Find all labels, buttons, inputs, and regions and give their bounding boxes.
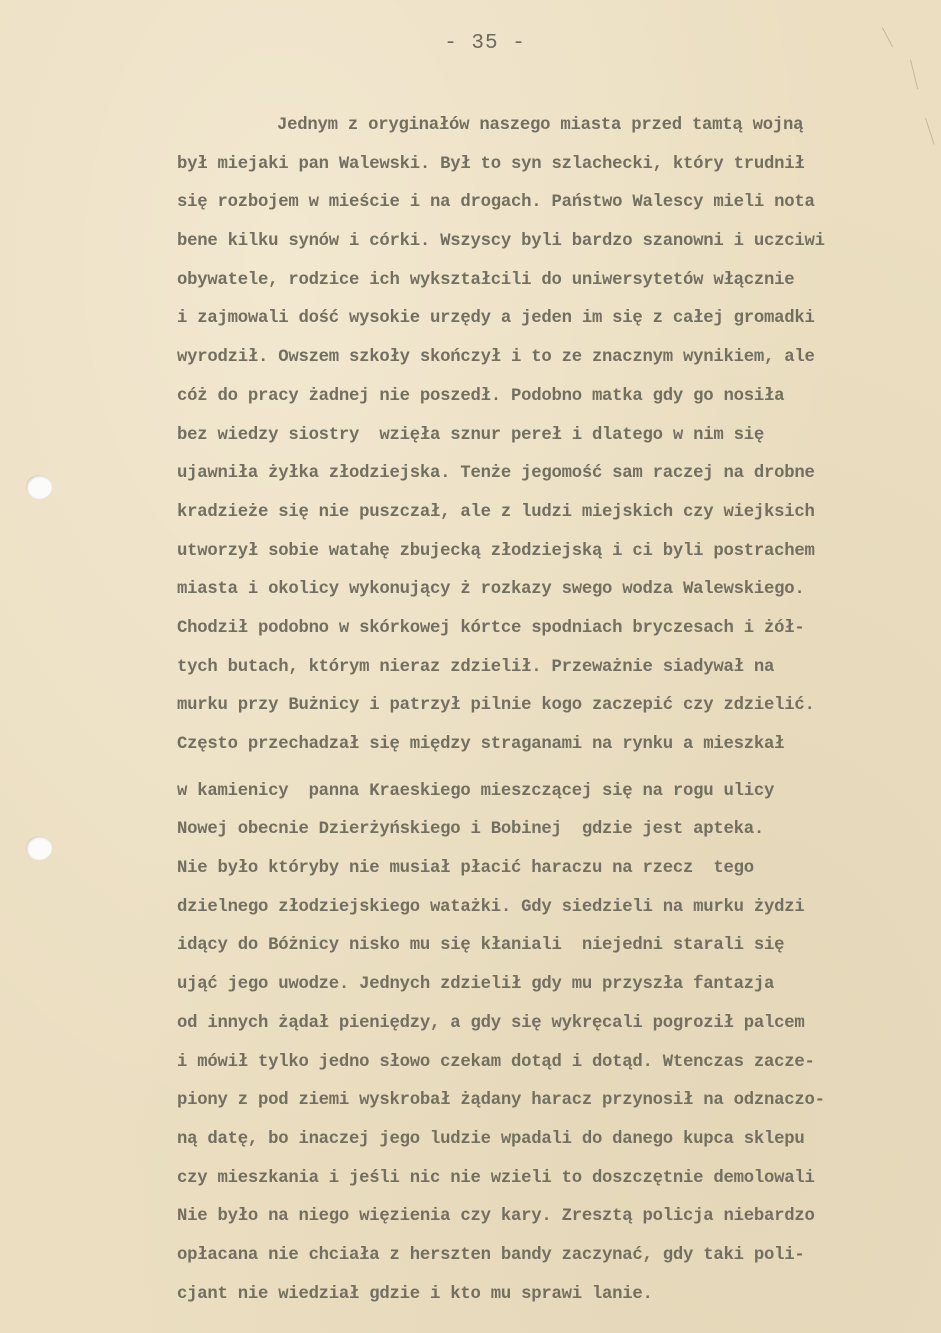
text-line: ną datę, bo inaczej jego ludzie wpadali … bbox=[177, 1121, 937, 1160]
text-line: od innych żądał pieniędzy, a gdy się wyk… bbox=[177, 1005, 937, 1044]
text-line: obywatele, rodzice ich wykształcili do u… bbox=[177, 262, 937, 301]
text-line: Często przechadzał się między straganami… bbox=[177, 726, 937, 765]
punch-hole bbox=[26, 836, 52, 860]
text-line: Chodził podobno w skórkowej kórtce spodn… bbox=[177, 610, 937, 649]
text-line: tych butach, którym nieraz zdzielił. Prz… bbox=[177, 649, 937, 688]
text-line: Nie było któryby nie musiał płacić harac… bbox=[177, 850, 937, 889]
paper-scratch-mark bbox=[910, 60, 918, 89]
text-line: i zajmowali dość wysokie urzędy a jeden … bbox=[177, 300, 937, 339]
text-line: miasta i okolicy wykonujący ż rozkazy sw… bbox=[177, 571, 937, 610]
text-line: był miejaki pan Walewski. Był to syn szl… bbox=[177, 146, 937, 185]
text-line: ująć jego uwodze. Jednych zdzielił gdy m… bbox=[177, 966, 937, 1005]
text-line: murku przy Bużnicy i patrzył pilnie kogo… bbox=[177, 687, 937, 726]
text-line: i mówił tylko jedno słowo czekam dotąd i… bbox=[177, 1044, 937, 1083]
text-line: się rozbojem w mieście i na drogach. Pań… bbox=[177, 184, 937, 223]
text-line: cjant nie wiedział gdzie i kto mu sprawi… bbox=[177, 1276, 937, 1315]
text-line: cóż do pracy żadnej nie poszedł. Podobno… bbox=[177, 378, 937, 417]
punch-hole bbox=[26, 475, 52, 499]
text-line: bene kilku synów i córki. Wszyscy byli b… bbox=[177, 223, 937, 262]
text-line: Nie było na niego więzienia czy kary. Zr… bbox=[177, 1198, 937, 1237]
typewritten-page: - 35 - Jednym z oryginałów naszego miast… bbox=[0, 0, 941, 1333]
text-line: piony z pod ziemi wyskrobał żądany harac… bbox=[177, 1082, 937, 1121]
text-line: Nowej obecnie Dzierżyńskiego i Bobinej g… bbox=[177, 811, 937, 850]
text-line: opłacana nie chciała z herszten bandy za… bbox=[177, 1237, 937, 1276]
text-line: w kamienicy panna Kraeskiego mieszczącej… bbox=[177, 773, 937, 812]
text-line: utworzył sobie watahę zbujecką złodziejs… bbox=[177, 533, 937, 572]
text-line: dzielnego złodziejskiego watażki. Gdy si… bbox=[177, 889, 937, 928]
text-line: czy mieszkania i jeśli nic nie wzieli to… bbox=[177, 1160, 937, 1199]
text-line: idący do Bóżnicy nisko mu się kłaniali n… bbox=[177, 927, 937, 966]
text-line: bez wiedzy siostry wzięła sznur pereł i … bbox=[177, 417, 937, 456]
document-body: Jednym z oryginałów naszego miasta przed… bbox=[177, 107, 937, 1314]
text-line: wyrodził. Owszem szkoły skończył i to ze… bbox=[177, 339, 937, 378]
text-line: kradzieże się nie puszczał, ale z ludzi … bbox=[177, 494, 937, 533]
text-line: ujawniła żyłka złodziejska. Tenże jegomo… bbox=[177, 455, 937, 494]
text-line: Jednym z oryginałów naszego miasta przed… bbox=[177, 107, 937, 146]
page-number: - 35 - bbox=[0, 32, 941, 55]
